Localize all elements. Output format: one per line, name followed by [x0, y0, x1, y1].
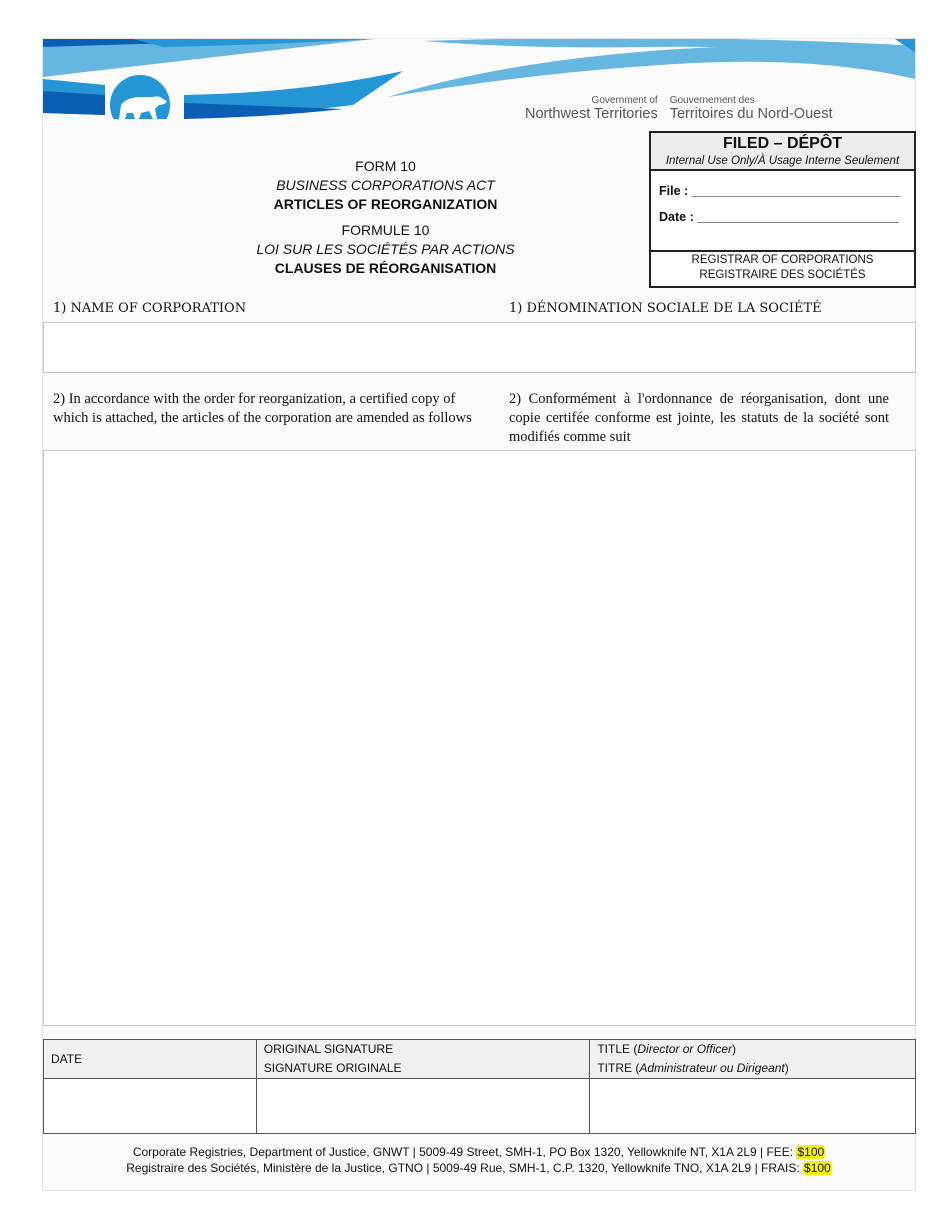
signature-table: DATE ORIGINAL SIGNATURE SIGNATURE ORIGIN…: [43, 1039, 916, 1134]
filed-stamp-box: FILED – DÉPÔT Internal Use Only/À Usage …: [649, 131, 916, 288]
form-number-en: FORM 10: [243, 157, 528, 176]
registrar-en: REGISTRAR OF CORPORATIONS: [651, 253, 914, 268]
government-fr-name: Territoires du Nord-Ouest: [670, 106, 833, 122]
filed-title: FILED – DÉPÔT: [651, 133, 914, 154]
corporation-name-label-fr: 1) DÉNOMINATION SOCIALE DE LA SOCIÉTÉ: [509, 301, 822, 316]
amendment-instructions-fr: 2) Conformément à l'ordonnance de réorga…: [509, 390, 889, 447]
act-name-en: BUSINESS CORPORATIONS ACT: [243, 176, 528, 195]
footer-line-fr: Registraire des Sociétés, Ministère de l…: [43, 1160, 915, 1176]
government-en-small: Government of: [592, 95, 658, 106]
corporation-name-field[interactable]: [43, 322, 916, 373]
form-name-fr: CLAUSES DE RÉORGANISATION: [243, 259, 528, 278]
footer-line-en: Corporate Registries, Department of Just…: [43, 1144, 915, 1160]
registrar-fr: REGISTRAIRE DES SOCIÉTÉS: [651, 268, 914, 283]
footer-address: Corporate Registries, Department of Just…: [43, 1144, 915, 1176]
government-wordmark: Government of Northwest Territories Gouv…: [525, 95, 832, 122]
title-field[interactable]: [590, 1079, 916, 1134]
file-number-line: File : ______________________________: [659, 178, 906, 204]
date-field[interactable]: [44, 1079, 257, 1134]
form-page: Government of Northwest Territories Gouv…: [42, 38, 916, 1191]
title-header: TITLE (Director or Officer) TITRE (Admin…: [590, 1040, 916, 1079]
amendment-instructions-en: 2) In accordance with the order for reor…: [53, 390, 473, 428]
fee-fr-badge: $100: [803, 1161, 832, 1175]
filed-date-line: Date : _____________________________: [659, 204, 906, 230]
government-en-name: Northwest Territories: [525, 106, 658, 122]
signature-header: ORIGINAL SIGNATURE SIGNATURE ORIGINALE: [256, 1040, 590, 1079]
form-number-fr: FORMULE 10: [243, 221, 528, 240]
signature-field[interactable]: [256, 1079, 590, 1134]
government-fr-small: Gouvernement des: [670, 95, 755, 106]
act-name-fr: LOI SUR LES SOCIÉTÉS PAR ACTIONS: [243, 240, 528, 259]
filed-subtitle: Internal Use Only/À Usage Interne Seulem…: [651, 154, 914, 168]
amendments-field[interactable]: [43, 450, 916, 1026]
corporation-name-label-en: 1) NAME OF CORPORATION: [53, 301, 246, 316]
form-name-en: ARTICLES OF REORGANIZATION: [243, 195, 528, 214]
date-header: DATE: [44, 1040, 257, 1079]
fee-en-badge: $100: [796, 1145, 825, 1159]
form-title-block: FORM 10 BUSINESS CORPORATIONS ACT ARTICL…: [243, 157, 528, 278]
